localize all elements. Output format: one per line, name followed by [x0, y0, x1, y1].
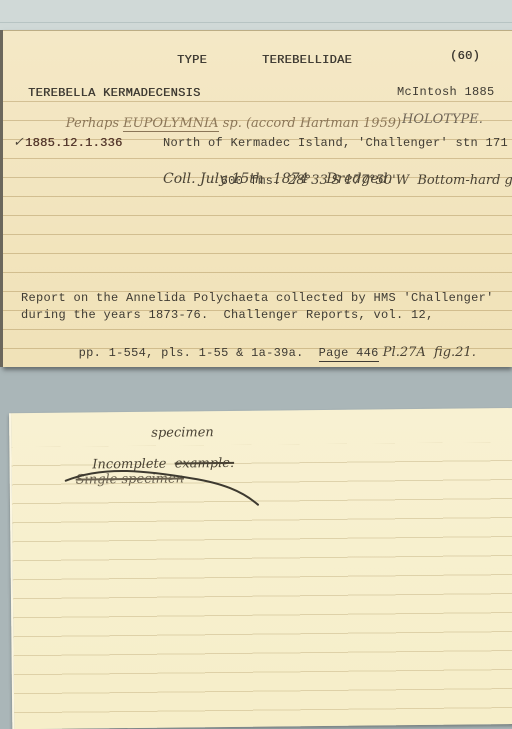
citation-line2: during the years 1873-76. Challenger Rep…	[21, 308, 434, 322]
registration-number: 1885.12.1.336	[25, 136, 123, 150]
inserted-word: specimen	[151, 425, 214, 441]
citation-page-ref: Page 446	[319, 346, 379, 362]
scanned-specimen-cards: TYPE TEREBELLIDAE (60) TEREBELLA KERMADE…	[0, 0, 512, 729]
index-card-front: TYPE TEREBELLIDAE (60) TEREBELLA KERMADE…	[3, 30, 512, 367]
index-card-back: specimen Incomplete example. Single spec…	[9, 408, 512, 729]
backdrop-top-strip	[0, 0, 512, 30]
type-status-note: HOLOTYPE.	[402, 112, 483, 127]
species-name: TEREBELLA KERMADECENSIS	[28, 86, 201, 100]
citation-line3: pp. 1-554, pls. 1-55 & 1a-39a. Page 446 …	[21, 325, 476, 379]
identification-note-prefix: Perhaps	[66, 116, 123, 131]
species-author: McIntosh 1885	[397, 85, 495, 99]
backdrop-seam-line	[0, 22, 512, 23]
citation-line1: Report on the Annelida Polychaeta collec…	[21, 291, 494, 305]
collection-note: Coll. July 15th 1874 Dredged.	[163, 171, 392, 187]
family-name: TEREBELLIDAE	[262, 53, 352, 67]
identification-note-rest: sp. (accord Hartman 1959)	[219, 116, 402, 131]
identification-genus: EUPOLYMNIA	[123, 116, 218, 132]
condition-note-struck: example.	[175, 456, 235, 472]
locality-line1: North of Kermadec Island, 'Challenger' s…	[163, 136, 508, 150]
citation-figure-ref: Pl.27A fig.21.	[379, 345, 476, 360]
type-label: TYPE	[177, 53, 207, 67]
checkmark-icon: ✓	[13, 135, 24, 150]
citation-pages: pp. 1-554, pls. 1-55 & 1a-39a.	[79, 346, 319, 360]
deleted-note: Single specimen	[76, 471, 184, 487]
card-number: (60)	[450, 49, 480, 63]
condition-note-keep: Incomplete	[92, 457, 174, 473]
